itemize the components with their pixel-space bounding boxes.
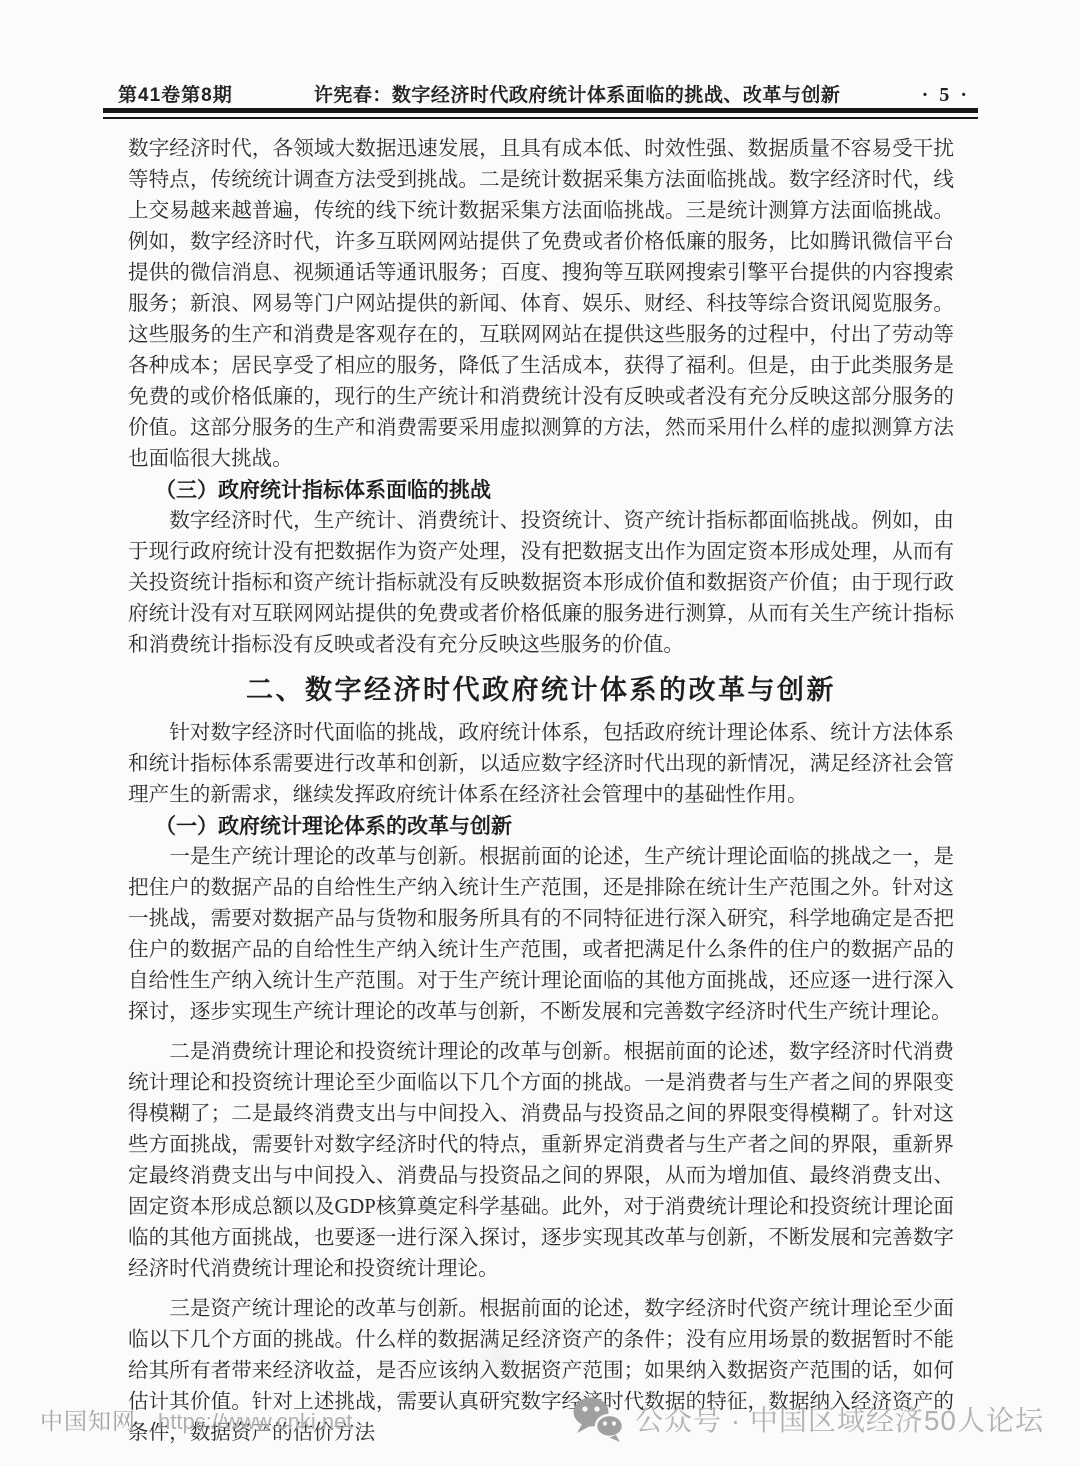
paragraph-production-theory: 一是生产统计理论的改革与创新。根据前面的论述，生产统计理论面临的挑战之一，是把住… — [128, 842, 954, 1028]
cnki-branding: 中国知网 https://www.cnki.net — [40, 1403, 352, 1436]
subheading-indicator-challenges: （三）政府统计指标体系面临的挑战 — [128, 475, 954, 506]
page-footer: 中国知网 https://www.cnki.net 公众号 · 中国区域经济50… — [40, 1392, 1044, 1446]
subheading-theory-reform: （一）政府统计理论体系的改革与创新 — [128, 811, 954, 842]
cnki-url-text: https://www.cnki.net — [158, 1409, 352, 1435]
article-body: 数字经济时代，各领域大数据迅速发展，且具有成本低、时效性强、数据质量不容易受干扰… — [128, 134, 954, 1449]
paragraph-continued: 数字经济时代，各领域大数据迅速发展，且具有成本低、时效性强、数据质量不容易受干扰… — [128, 134, 954, 475]
page-number: · 5 · — [922, 84, 970, 107]
paragraph-consumption-investment-theory: 二是消费统计理论和投资统计理论的改革与创新。根据前面的论述，数字经济时代消费统计… — [128, 1037, 954, 1285]
scan-smudge-artifact — [470, 1340, 530, 1380]
wechat-icon — [571, 1396, 625, 1442]
page-header: 第41卷第8期 许宪春：数字经济时代政府统计体系面临的挑战、改革与创新 · 5 … — [118, 80, 970, 107]
paragraph-section-intro: 针对数字经济时代面临的挑战，政府统计体系，包括政府统计理论体系、统计方法体系和统… — [128, 718, 954, 811]
header-double-rule — [103, 108, 978, 119]
journal-page: 第41卷第8期 许宪春：数字经济时代政府统计体系面临的挑战、改革与创新 · 5 … — [0, 0, 1080, 1466]
running-title: 许宪春：数字经济时代政府统计体系面临的挑战、改革与创新 — [314, 80, 841, 107]
wechat-account: 公众号 · 中国区域经济50人论坛 — [571, 1396, 1044, 1442]
section-title: 二、数字经济时代政府统计体系的改革与创新 — [128, 671, 954, 709]
paragraph-indicator-challenges: 数字经济时代，生产统计、消费统计、投资统计、资产统计指标都面临挑战。例如，由于现… — [128, 506, 954, 661]
wechat-account-text: 公众号 · 中国区域经济50人论坛 — [635, 1399, 1044, 1439]
cnki-brand-text: 中国知网 — [40, 1403, 136, 1436]
volume-issue: 第41卷第8期 — [118, 80, 233, 107]
